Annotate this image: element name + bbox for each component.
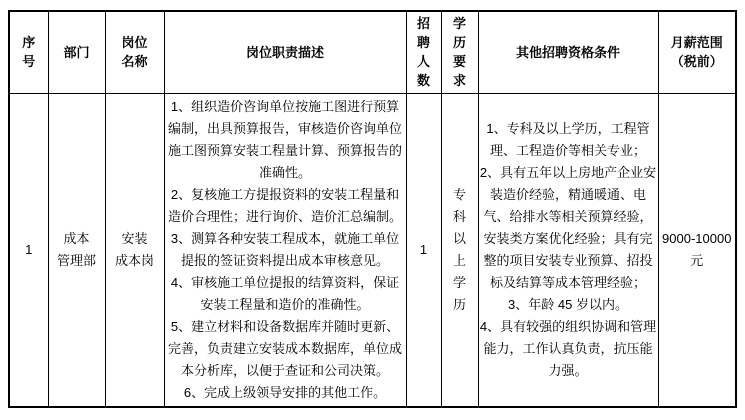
header-cell-qualifications: 其他招聘资格条件 <box>478 11 658 93</box>
table-row: 1 成本 管理部 安装 成本岗 1、组织造价咨询单位按施工图进行预算编制，出具预… <box>9 93 736 407</box>
cell-serial-number: 1 <box>9 93 48 407</box>
cell-headcount: 1 <box>406 93 441 407</box>
header-cell-headcount: 招 聘 人 数 <box>406 11 441 93</box>
header-cell-salary: 月薪范围 （税前） <box>658 11 736 93</box>
cell-qualifications: 1、专科及以上学历，工程管理、工程造价等相关专业； 2、具有五年以上房地产企业安… <box>478 93 658 407</box>
cell-position-name: 安装 成本岗 <box>105 93 164 407</box>
header-cell-position-name: 岗位 名称 <box>105 11 164 93</box>
header-cell-education: 学 历 要 求 <box>441 11 478 93</box>
header-cell-duties: 岗位职责描述 <box>164 11 406 93</box>
table-header-row: 序 号 部门 岗位 名称 岗位职责描述 招 聘 人 数 学 历 要 求 其他招聘… <box>9 11 736 93</box>
cell-education: 专 科 以 上 学 历 <box>441 93 478 407</box>
recruitment-table: 序 号 部门 岗位 名称 岗位职责描述 招 聘 人 数 学 历 要 求 其他招聘… <box>8 10 737 408</box>
header-cell-serial: 序 号 <box>9 11 48 93</box>
cell-duties: 1、组织造价咨询单位按施工图进行预算编制，出具预算报告，审核造价咨询单位施工图预… <box>164 93 406 407</box>
cell-department: 成本 管理部 <box>48 93 105 407</box>
header-cell-department: 部门 <box>48 11 105 93</box>
cell-salary: 9000-10000 元 <box>658 93 736 407</box>
